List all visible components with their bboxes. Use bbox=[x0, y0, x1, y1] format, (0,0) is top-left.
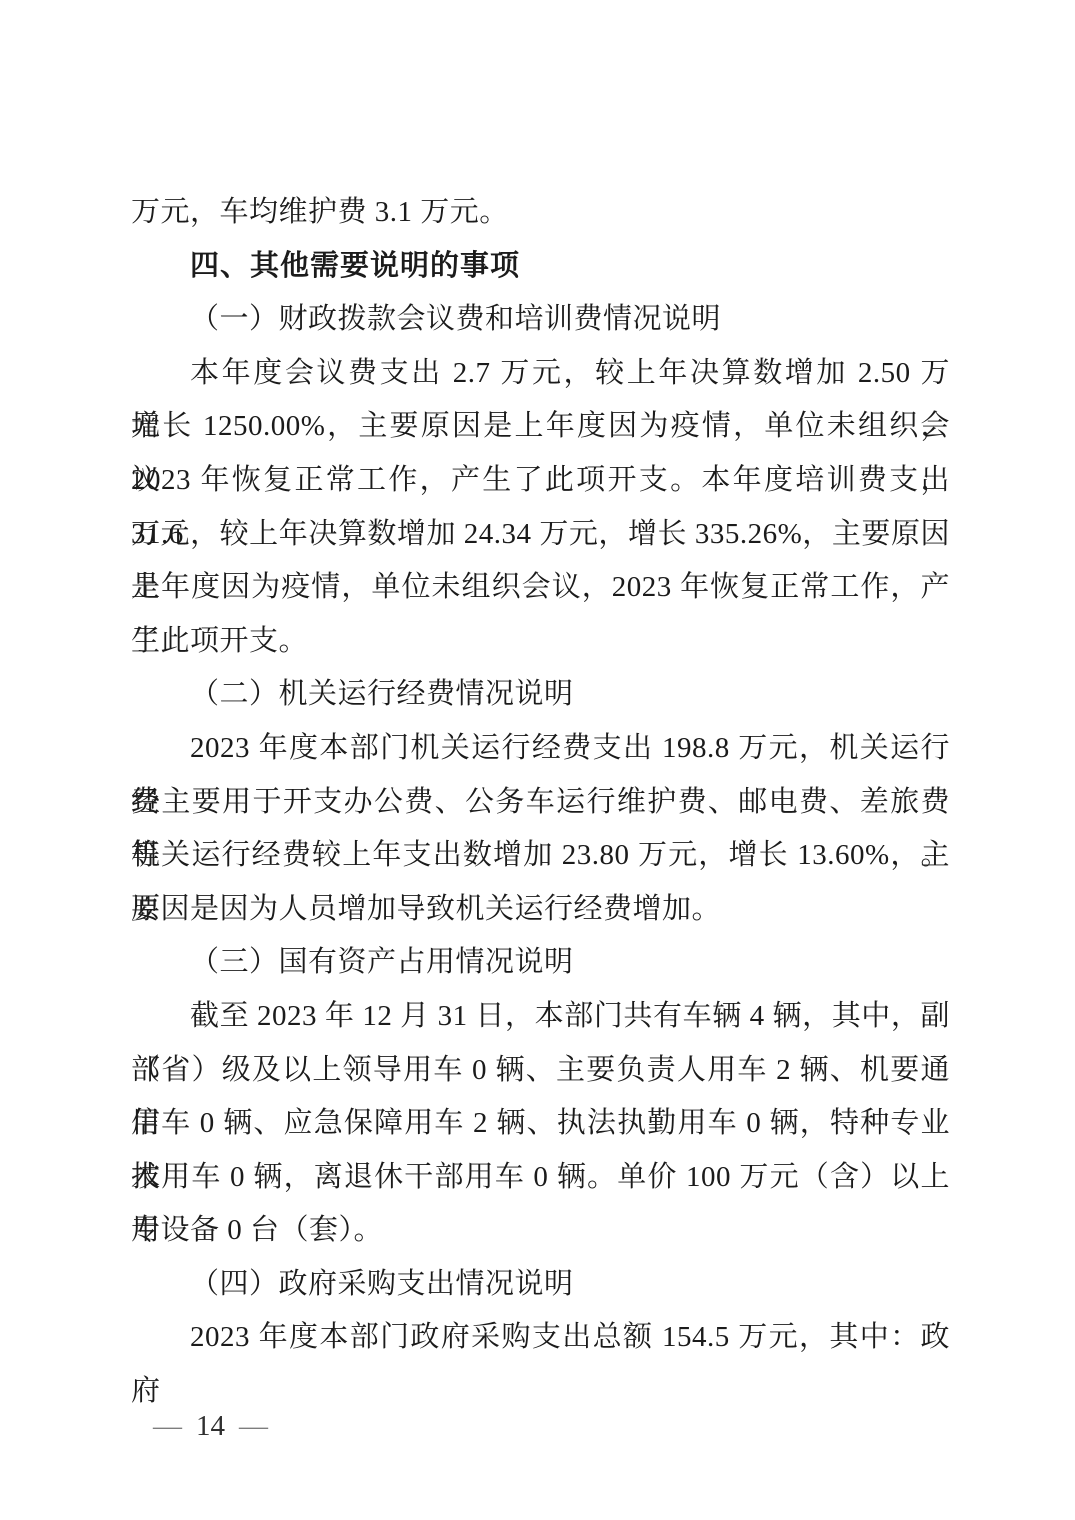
document-body: 万元，车均维护费 3.1 万元。 四、其他需要说明的事项 （一）财政拨款会议费和… bbox=[131, 186, 950, 1365]
subsection-2-heading: （二）机关运行经费情况说明 bbox=[131, 668, 950, 722]
carryover-line: 万元，车均维护费 3.1 万元。 bbox=[131, 186, 950, 240]
body-line: 费主要用于开支办公费、公务车运行维护费、邮电费、差旅费等。 bbox=[131, 776, 950, 830]
body-line: 万元，较上年决算数增加 24.34 万元，增长 335.26%，主要原因是 bbox=[131, 508, 950, 562]
body-line: 2023 年恢复正常工作，产生了此项开支。本年度培训费支出 31.6 bbox=[131, 454, 950, 508]
body-line: （省）级及以上领导用车 0 辆、主要负责人用车 2 辆、机要通信 bbox=[131, 1044, 950, 1098]
body-line: 上年度因为疫情，单位未组织会议，2023 年恢复正常工作，产生 bbox=[131, 561, 950, 615]
body-line: 术用车 0 辆，离退休干部用车 0 辆。单价 100 万元（含）以上专 bbox=[131, 1151, 950, 1205]
body-line: 本年度会议费支出 2.7 万元，较上年决算数增加 2.50 万元， bbox=[131, 347, 950, 401]
page-number: 14 bbox=[196, 1404, 225, 1448]
body-line: 了此项开支。 bbox=[131, 615, 950, 669]
body-line: 原因是因为人员增加导致机关运行经费增加。 bbox=[131, 883, 950, 937]
body-line: 2023 年度本部门政府采购支出总额 154.5 万元，其中：政府 bbox=[131, 1311, 950, 1365]
body-line: 增长 1250.00%，主要原因是上年度因为疫情，单位未组织会议， bbox=[131, 400, 950, 454]
body-line: 用车 0 辆、应急保障用车 2 辆、执法执勤用车 0 辆，特种专业技 bbox=[131, 1097, 950, 1151]
footer-dash-right: — bbox=[239, 1410, 268, 1442]
footer-dash-left: — bbox=[153, 1410, 182, 1442]
document-page: 万元，车均维护费 3.1 万元。 四、其他需要说明的事项 （一）财政拨款会议费和… bbox=[0, 0, 1075, 1520]
body-line: 2023 年度本部门机关运行经费支出 198.8 万元，机关运行经 bbox=[131, 722, 950, 776]
body-line: 用设备 0 台（套）。 bbox=[131, 1204, 950, 1258]
subsection-4-heading: （四）政府采购支出情况说明 bbox=[131, 1258, 950, 1312]
body-line: 截至 2023 年 12 月 31 日，本部门共有车辆 4 辆，其中，副部 bbox=[131, 990, 950, 1044]
subsection-3-heading: （三）国有资产占用情况说明 bbox=[131, 936, 950, 990]
subsection-1-heading: （一）财政拨款会议费和培训费情况说明 bbox=[131, 293, 950, 347]
section-heading: 四、其他需要说明的事项 bbox=[131, 240, 950, 294]
body-line: 机关运行经费较上年支出数增加 23.80 万元，增长 13.60%，主要 bbox=[131, 829, 950, 883]
page-footer: —14— bbox=[153, 1404, 268, 1448]
